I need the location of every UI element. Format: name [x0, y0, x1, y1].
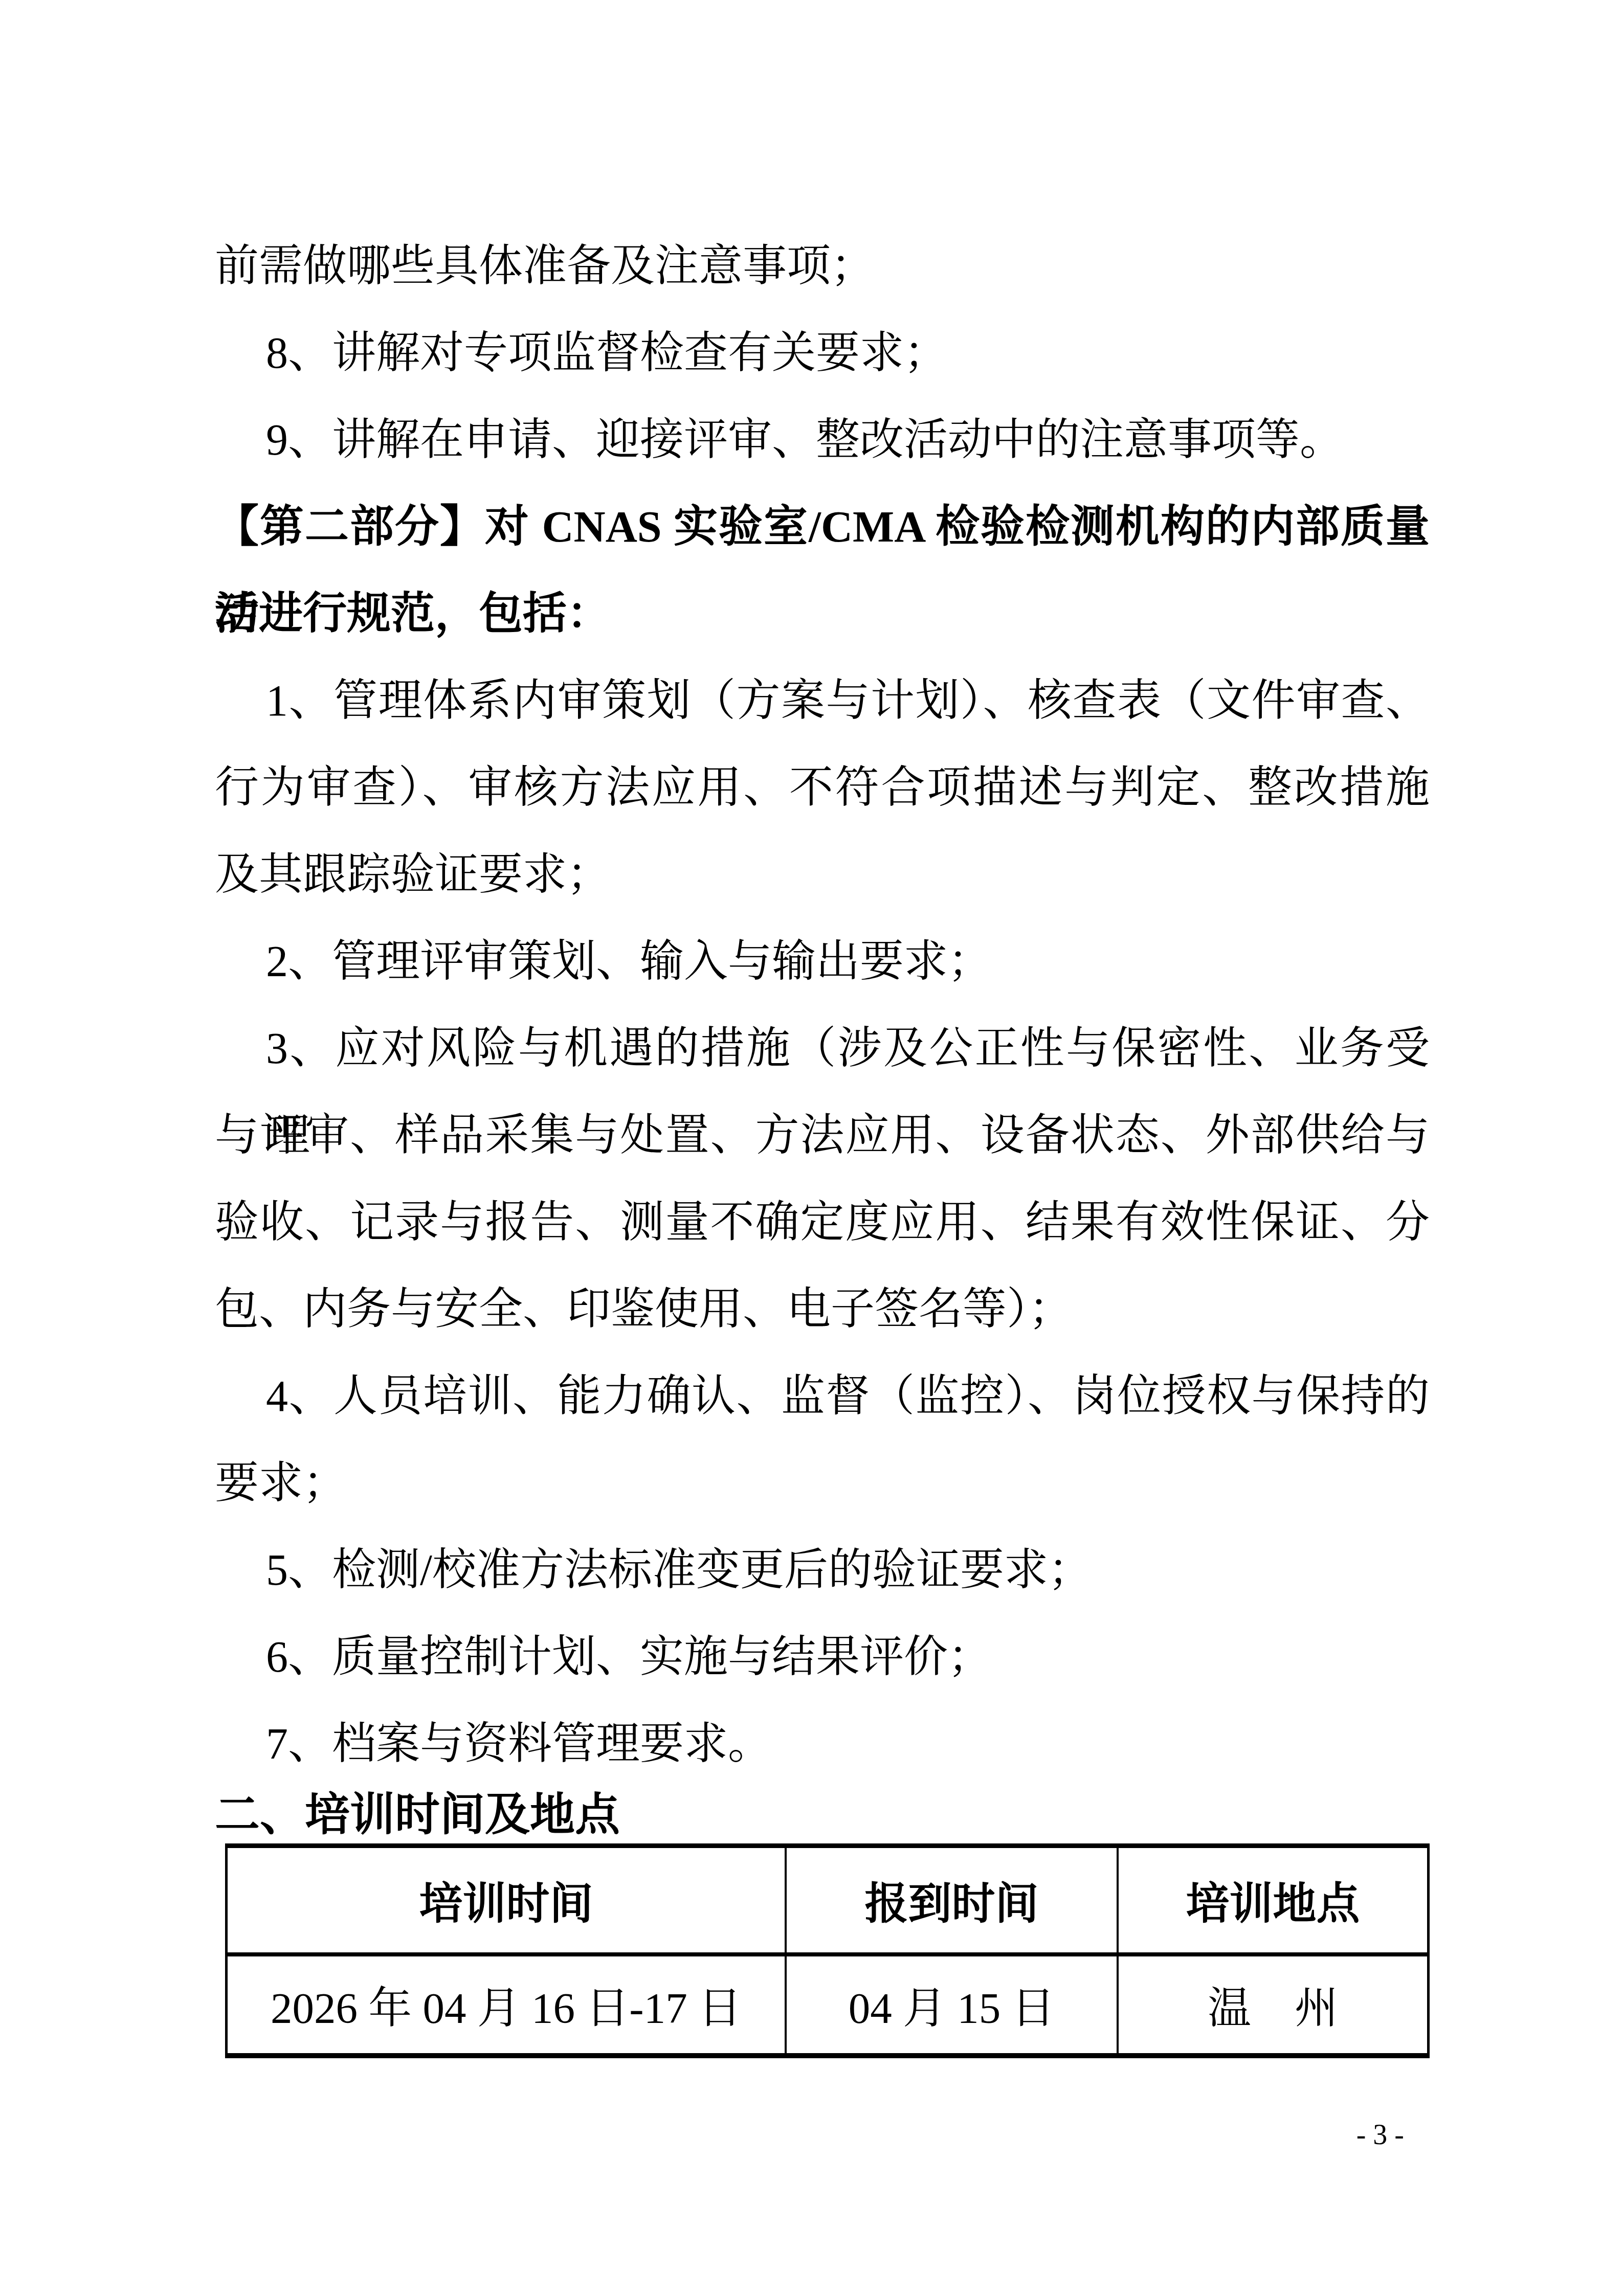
body-line-7: 行为审查）、审核方法应用、不符合项描述与判定、整改措施: [215, 744, 1430, 831]
body-line-16: 5、检测/校准方法标准变更后的验证要求；: [215, 1526, 1430, 1613]
body-line-11: 与评审、样品采集与处置、方法应用、设备状态、外部供给与: [215, 1092, 1430, 1179]
section-part2-title-line-1: 【第二部分】对 CNAS 实验室/CMA 检验检测机构的内部质量活: [215, 483, 1430, 570]
cell-training-time: 2026 年 04 月 16 日-17 日: [227, 1954, 786, 2056]
cell-training-place: 温 州: [1118, 1954, 1428, 2056]
column-header-training-time: 培训时间: [227, 1846, 786, 1954]
document-page: 前需做哪些具体准备及注意事项； 8、讲解对专项监督检查有关要求； 9、讲解在申请…: [0, 0, 1624, 2296]
body-line-13: 包、内务与安全、印鉴使用、电子签名等）；: [215, 1266, 1430, 1353]
column-header-registration-time: 报到时间: [786, 1846, 1118, 1954]
cell-registration-time: 04 月 15 日: [786, 1954, 1118, 2056]
body-line-12: 验收、记录与报告、测量不确定度应用、结果有效性保证、分: [215, 1179, 1430, 1266]
body-line-18: 7、档案与资料管理要求。: [215, 1700, 1430, 1787]
column-header-training-place: 培训地点: [1118, 1846, 1428, 1954]
page-number: - 3 -: [1356, 2120, 1404, 2150]
schedule-table-body: 2026 年 04 月 16 日-17 日 04 月 15 日 温 州: [227, 1954, 1429, 2056]
training-schedule-table: 培训时间 报到时间 培训地点 2026 年 04 月 16 日-17 日 04 …: [225, 1843, 1430, 2058]
body-line-1: 前需做哪些具体准备及注意事项；: [215, 222, 1430, 309]
body-line-14: 4、人员培训、能力确认、监督（监控）、岗位授权与保持的: [215, 1353, 1430, 1439]
body-line-8: 及其跟踪验证要求；: [215, 831, 1430, 918]
table-header-row: 培训时间 报到时间 培训地点: [227, 1846, 1429, 1954]
body-line-17: 6、质量控制计划、实施与结果评价；: [215, 1613, 1430, 1700]
body-line-3: 9、讲解在申请、迎接评审、整改活动中的注意事项等。: [215, 396, 1430, 483]
document-body: 前需做哪些具体准备及注意事项； 8、讲解对专项监督检查有关要求； 9、讲解在申请…: [215, 222, 1430, 2058]
body-line-6: 1、管理体系内审策划（方案与计划）、核查表（文件审查、: [215, 657, 1430, 744]
body-line-10: 3、应对风险与机遇的措施（涉及公正性与保密性、业务受理: [215, 1005, 1430, 1092]
body-line-2: 8、讲解对专项监督检查有关要求；: [215, 309, 1430, 396]
section-heading-time-and-place: 二、培训时间及地点: [215, 1787, 1430, 1843]
section-part2-title-line-2: 动进行规范，包括：: [215, 570, 1430, 657]
table-row: 2026 年 04 月 16 日-17 日 04 月 15 日 温 州: [227, 1954, 1429, 2056]
body-line-9: 2、管理评审策划、输入与输出要求；: [215, 918, 1430, 1005]
schedule-table-header: 培训时间 报到时间 培训地点: [227, 1846, 1429, 1954]
body-line-15: 要求；: [215, 1439, 1430, 1526]
